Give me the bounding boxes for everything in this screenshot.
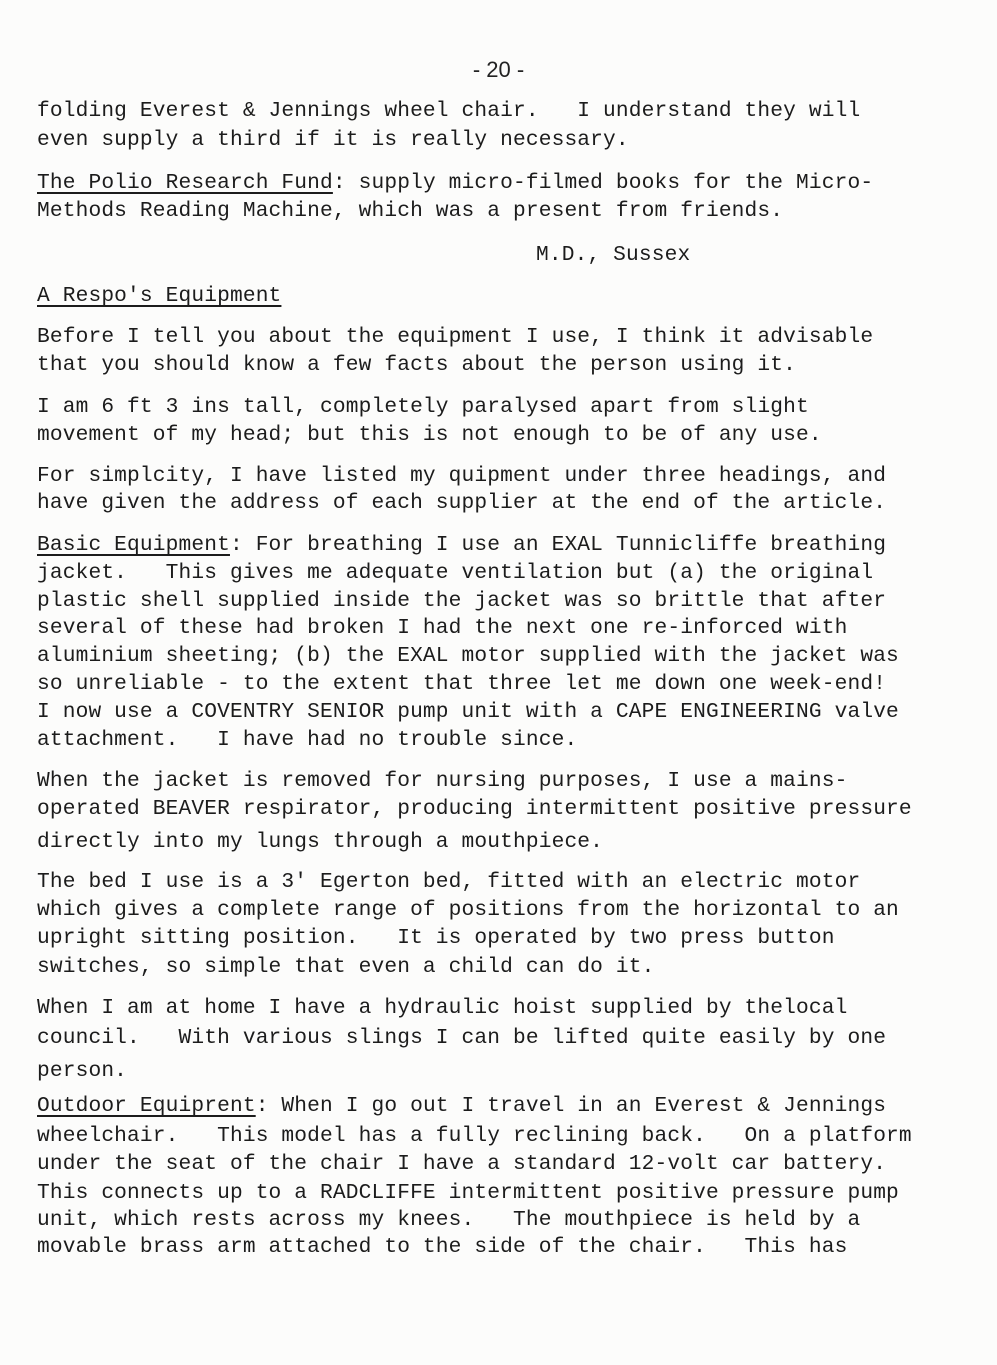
text-line: jacket. This gives me adequate ventilati… [37,563,873,584]
text-line: unit, which rests across my knees. The m… [37,1210,860,1231]
text-line: I now use a COVENTRY SENIOR pump unit wi… [37,702,899,723]
text-line: have given the address of each supplier … [37,493,886,514]
typewritten-page: - 20 - folding Everest & Jennings wheel … [0,0,997,1365]
text-line: which gives a complete range of position… [37,900,899,921]
basic-equipment-heading: Basic Equipment [37,533,230,557]
text-line: I am 6 ft 3 ins tall, completely paralys… [37,397,809,418]
article-title-text: A Respo's Equipment [37,284,281,308]
author-signature: M.D., Sussex [536,243,690,267]
polio-fund-heading: The Polio Research Fund [37,171,333,195]
text-line: even supply a third if it is really nece… [37,130,629,151]
text-line: upright sitting position. It is operated… [37,928,835,949]
polio-fund-line: The Polio Research Fund: supply micro-fi… [37,173,873,194]
text-line: council. With various slings I can be li… [37,1028,886,1049]
text-line: switches, so simple that even a child ca… [37,957,655,978]
text-line: This connects up to a RADCLIFFE intermit… [37,1183,899,1204]
text-line: folding Everest & Jennings wheel chair. … [37,101,860,122]
text-line: For simplcity, I have listed my quipment… [37,466,886,487]
text-line: person. [37,1061,127,1082]
text-line: The bed I use is a 3' Egerton bed, fitte… [37,872,860,893]
outdoor-equipment-heading: Outdoor Equiprent [37,1094,256,1118]
text-line: wheelchair. This model has a fully recli… [37,1126,912,1147]
text-line: that you should know a few facts about t… [37,355,796,376]
text-span: : For breathing I use an EXAL Tunnicliff… [230,533,886,557]
text-line: movable brass arm attached to the side o… [37,1237,847,1258]
text-line: movement of my head; but this is not eno… [37,425,822,446]
text-line: When the jacket is removed for nursing p… [37,771,847,792]
text-line: operated BEAVER respirator, producing in… [37,799,912,820]
text-span: : supply micro-filmed books for the Micr… [333,171,873,195]
text-line: plastic shell supplied inside the jacket… [37,591,886,612]
text-line: aluminium sheeting; (b) the EXAL motor s… [37,646,899,667]
text-line: Methods Reading Machine, which was a pre… [37,201,783,222]
text-span: : When I go out I travel in an Everest &… [256,1094,886,1118]
text-line: directly into my lungs through a mouthpi… [37,832,603,853]
text-line: attachment. I have had no trouble since. [37,730,577,751]
outdoor-equipment-line: Outdoor Equiprent: When I go out I trave… [37,1096,886,1117]
text-line: so unreliable - to the extent that three… [37,674,886,695]
text-line: under the seat of the chair I have a sta… [37,1154,886,1175]
text-line: several of these had broken I had the ne… [37,618,847,639]
page-number: - 20 - [0,57,997,83]
basic-equipment-line: Basic Equipment: For breathing I use an … [37,535,886,556]
text-line: Before I tell you about the equipment I … [37,327,873,348]
text-line: When I am at home I have a hydraulic hoi… [37,998,847,1019]
article-title: A Respo's Equipment [37,286,281,307]
